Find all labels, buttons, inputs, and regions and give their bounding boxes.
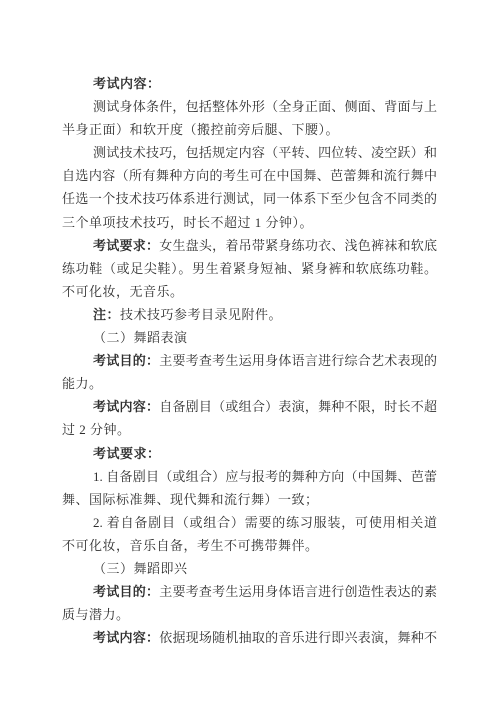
document-line: 三个单项技术技巧，时长不超过 1 分钟）。: [62, 211, 437, 234]
document-line: （二）舞蹈表演: [62, 326, 437, 349]
document-line: 不可化妆，音乐自备，考生不可携带舞伴。: [62, 534, 437, 557]
document-line: 考试目的：主要考查考生运用身体语言进行创造性表达的素: [62, 580, 437, 603]
text-run: 测试身体条件，包括整体外形（全身正面、侧面、背面与上: [93, 99, 437, 114]
section-label-run: 考试要求：: [93, 446, 161, 461]
section-label-run: 考试内容：: [93, 399, 159, 414]
document-line: 任选一个技术技巧体系进行测试，同一体系下至少包含不同类的: [62, 187, 437, 210]
text-run: 女生盘头，着吊带紧身练功衣、浅色裤袜和软底: [159, 238, 437, 253]
text-run: 过 2 分钟。: [62, 422, 131, 437]
document-line: 考试内容：: [62, 72, 437, 95]
document-page: 考试内容：测试身体条件，包括整体外形（全身正面、侧面、背面与上半身正面）和软开度…: [0, 0, 500, 707]
text-run: 不可化妆，音乐自备，考生不可携带舞伴。: [62, 538, 319, 553]
document-line: 考试目的：主要考查考生运用身体语言进行综合艺术表现的: [62, 349, 437, 372]
text-run: （二）舞蹈表演: [93, 330, 188, 345]
text-run: 自选内容（所有舞种方向的考生可在中国舞、芭蕾舞和流行舞中: [62, 168, 437, 183]
document-line: 考试内容：依据现场随机抽取的音乐进行即兴表演，舞种不: [62, 626, 437, 649]
section-label-run: 考试目的：: [93, 584, 159, 599]
document-body: 考试内容：测试身体条件，包括整体外形（全身正面、侧面、背面与上半身正面）和软开度…: [62, 72, 437, 649]
text-run: 测试技术技巧，包括规定内容（平转、四位转、凌空跃）和: [93, 145, 437, 160]
text-run: 主要考查考生运用身体语言进行创造性表达的素: [159, 584, 437, 599]
text-run: 不可化妆，无音乐。: [62, 284, 184, 299]
text-run: 任选一个技术技巧体系进行测试，同一体系下至少包含不同类的: [62, 191, 437, 206]
document-line: （三）舞蹈即兴: [62, 557, 437, 580]
section-label-run: 注：: [93, 307, 120, 322]
document-line: 过 2 分钟。: [62, 418, 437, 441]
text-run: 技术技巧参考目录见附件。: [120, 307, 282, 322]
text-run: 三个单项技术技巧，时长不超过 1 分钟）。: [62, 215, 313, 230]
document-line: 考试要求：女生盘头，着吊带紧身练功衣、浅色裤袜和软底: [62, 234, 437, 257]
document-line: 测试技术技巧，包括规定内容（平转、四位转、凌空跃）和: [62, 141, 437, 164]
document-line: 测试身体条件，包括整体外形（全身正面、侧面、背面与上: [62, 95, 437, 118]
text-run: 半身正面）和软开度（搬控前旁后腿、下腰）。: [62, 122, 339, 137]
text-run: 自备剧目（或组合）表演，舞种不限，时长不超: [159, 399, 437, 414]
document-line: 注：技术技巧参考目录见附件。: [62, 303, 437, 326]
text-run: 能力。: [62, 376, 103, 391]
document-line: 舞、国际标准舞、现代舞和流行舞）一致；: [62, 488, 437, 511]
document-line: 考试内容：自备剧目（或组合）表演，舞种不限，时长不超: [62, 395, 437, 418]
text-run: 练功鞋（或足尖鞋）。男生着紧身短袖、紧身裤和软底练功鞋。: [62, 261, 437, 276]
section-label-run: 考试内容：: [93, 630, 159, 645]
document-line: 半身正面）和软开度（搬控前旁后腿、下腰）。: [62, 118, 437, 141]
document-line: 质与潜力。: [62, 603, 437, 626]
section-label-run: 考试内容：: [93, 76, 161, 91]
document-line: 2. 着自备剧目（或组合）需要的练习服装，可使用相关道具；: [62, 511, 437, 534]
document-line: 自选内容（所有舞种方向的考生可在中国舞、芭蕾舞和流行舞中: [62, 164, 437, 187]
document-line: 不可化妆，无音乐。: [62, 280, 437, 303]
section-label-run: 考试目的：: [93, 353, 159, 368]
section-label-run: 考试要求：: [93, 238, 159, 253]
document-line: 练功鞋（或足尖鞋）。男生着紧身短袖、紧身裤和软底练功鞋。: [62, 257, 437, 280]
text-run: 质与潜力。: [62, 607, 130, 622]
document-line: 1. 自备剧目（或组合）应与报考的舞种方向（中国舞、芭蕾: [62, 465, 437, 488]
text-run: （三）舞蹈即兴: [93, 561, 188, 576]
text-run: 2. 着自备剧目（或组合）需要的练习服装，可使用相关道具；: [93, 515, 437, 534]
text-run: 依据现场随机抽取的音乐进行即兴表演，舞种不: [159, 630, 437, 645]
text-run: 主要考查考生运用身体语言进行综合艺术表现的: [159, 353, 437, 368]
document-line: 考试要求：: [62, 442, 437, 465]
document-line: 能力。: [62, 372, 437, 395]
text-run: 舞、国际标准舞、现代舞和流行舞）一致；: [62, 492, 319, 507]
text-run: 1. 自备剧目（或组合）应与报考的舞种方向（中国舞、芭蕾: [93, 469, 437, 484]
